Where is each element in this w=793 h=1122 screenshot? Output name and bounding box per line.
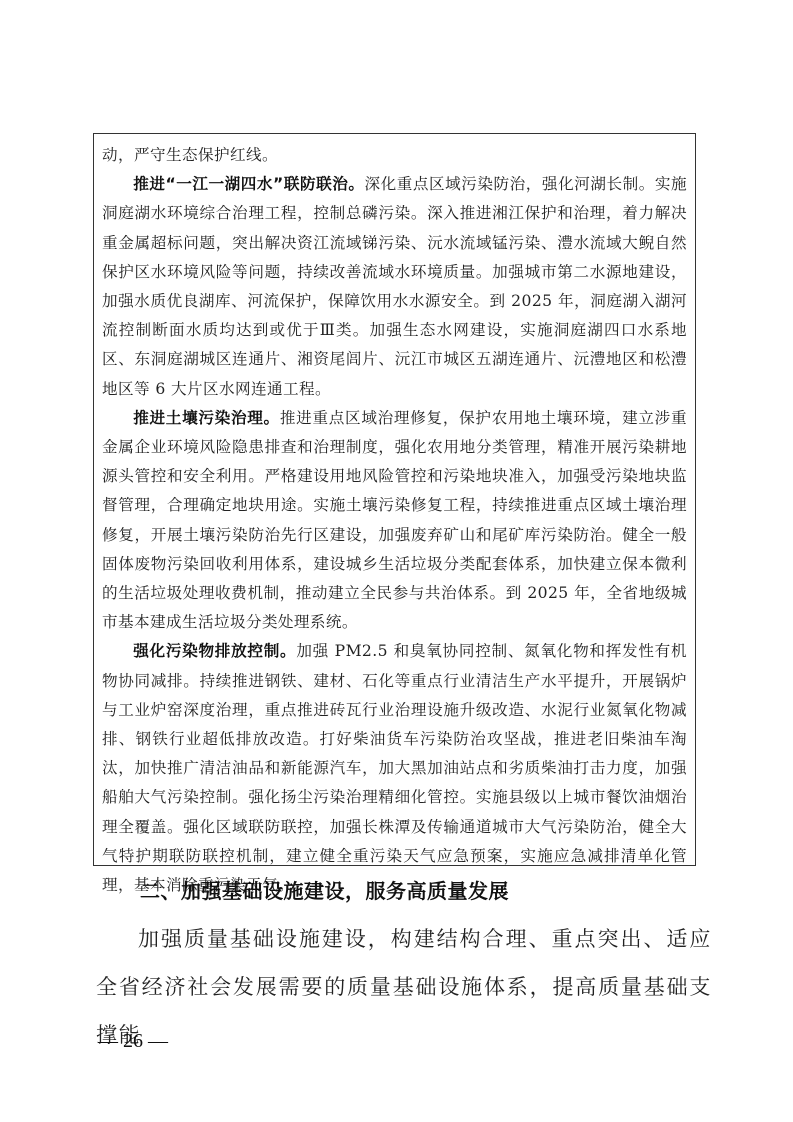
paragraph-soil-pollution: 推进土壤污染治理。推进重点区域治理修复，保护农用地土壤环境，建立涉重金属企业环境… (102, 404, 687, 638)
boxed-text-panel: 动，严守生态保护红线。 推进“一江一湖四水”联防联治。深化重点区域污染防治，强化… (93, 133, 696, 866)
paragraph-river-lake: 推进“一江一湖四水”联防联治。深化重点区域污染防治，强化河湖长制。实施洞庭湖水环… (102, 170, 687, 404)
paragraph-lead-heading: 强化污染物排放控制。 (133, 642, 296, 660)
paragraph-text: 推进重点区域治理修复，保护农用地土壤环境，建立涉重金属企业环境风险隐患排查和治理… (102, 409, 687, 631)
page-number: — 26 — (98, 1030, 168, 1053)
paragraph-text: 加强 PM2.5 和臭氧协同控制、氮氧化物和挥发性有机物协同减排。持续推进钢铁、… (102, 642, 687, 894)
paragraph-text: 动，严守生态保护红线。 (102, 146, 278, 164)
paragraph-lead-heading: 推进“一江一湖四水”联防联治。 (133, 175, 364, 193)
paragraph-text: 深化重点区域污染防治，强化河湖长制。实施洞庭湖水环境综合治理工程，控制总磷污染。… (102, 175, 687, 397)
paragraph-emission-control: 强化污染物排放控制。加强 PM2.5 和臭氧协同控制、氮氧化物和挥发性有机物协同… (102, 637, 687, 900)
section-heading: 二、加强基础设施建设，服务高质量发展 (140, 875, 509, 904)
paragraph-continuation: 动，严守生态保护红线。 (102, 141, 687, 170)
paragraph-lead-heading: 推进土壤污染治理。 (133, 409, 280, 427)
section-body-text: 加强质量基础设施建设，构建结构合理、重点突出、适应全省经济社会发展需要的质量基础… (96, 915, 712, 1059)
